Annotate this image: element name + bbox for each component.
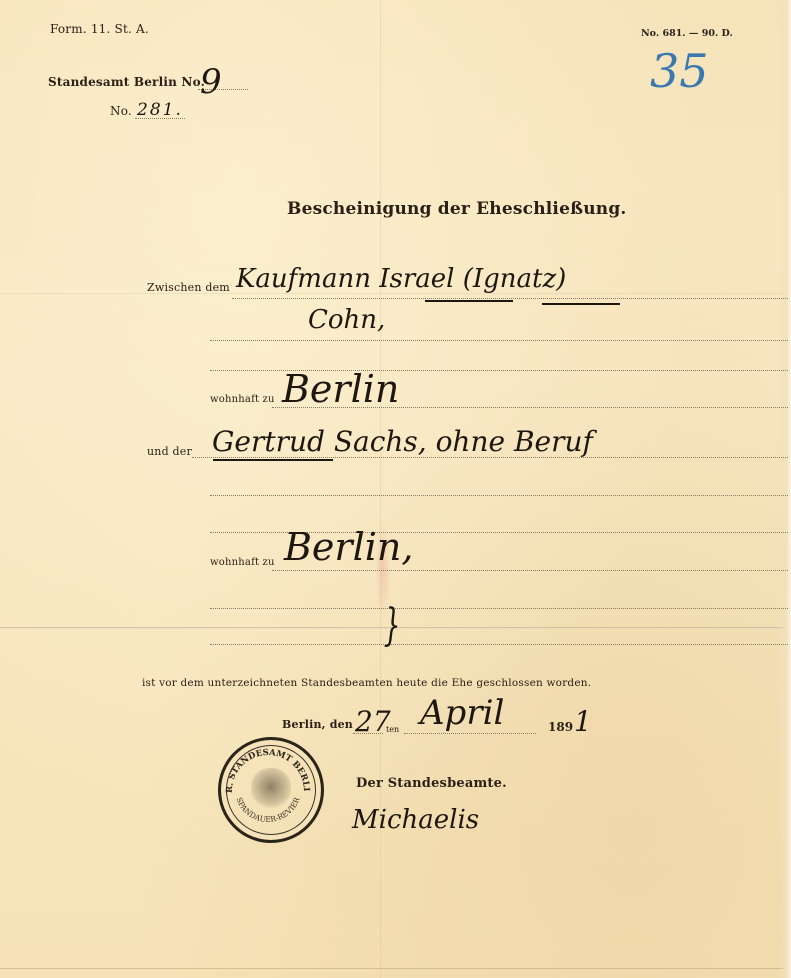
between-label: Zwischen dem (147, 281, 230, 294)
seal-bottom-text: SPANDAUER-REVIER (234, 796, 301, 824)
groom-residence: Berlin (282, 367, 399, 411)
svg-text:K. PR. STANDESAMT BERLIN IX: K. PR. STANDESAMT BERLIN IX (218, 737, 311, 793)
certificate-page: Form. 11. St. A. No. 681. — 90. D. 35 St… (0, 0, 791, 978)
archive-number: 35 (650, 44, 709, 98)
marriage-statement: ist vor dem unterzeichneten Standesbeamt… (142, 677, 591, 689)
office-number: 9 (200, 62, 222, 102)
register-label: No. (110, 104, 132, 118)
underline-gertrud (213, 459, 333, 461)
groom-line-1 (232, 298, 788, 299)
month-line (404, 733, 536, 734)
groom-residence-label: wohnhaft zu (210, 394, 275, 405)
svg-text:SPANDAUER-REVIER: SPANDAUER-REVIER (234, 796, 301, 824)
blank-line-2 (210, 644, 788, 645)
and-label: und der (147, 445, 192, 458)
register-number: 281. (137, 100, 183, 120)
blank-line-1 (210, 608, 788, 609)
form-number: No. 681. — 90. D. (641, 28, 733, 39)
bride-name: Gertrud Sachs, ohne Beruf (212, 425, 593, 458)
office-label: Standesamt Berlin No. (48, 75, 205, 89)
underline-israel (425, 300, 513, 302)
date-year-printed: 189 (548, 720, 573, 734)
torn-right-edge (779, 0, 791, 978)
strikethrough-ignatz (542, 303, 620, 305)
bride-residence-line (272, 570, 788, 571)
bride-residence: Berlin, (284, 525, 413, 569)
date-year-digit: 1 (574, 705, 592, 738)
groom-name-line1: Kaufmann Israel (Ignatz) (236, 264, 566, 294)
official-title: Der Standesbeamte. (356, 776, 507, 791)
date-day-suffix: ten (386, 725, 399, 734)
date-place-label: Berlin, den (282, 718, 353, 731)
seal-top-text: K. PR. STANDESAMT BERLIN IX (218, 737, 311, 793)
seal-text-ring: K. PR. STANDESAMT BERLIN IX SPANDAUER-RE… (218, 737, 318, 837)
official-signature: Michaelis (352, 805, 479, 835)
official-seal: K. PR. STANDESAMT BERLIN IX SPANDAUER-RE… (218, 737, 324, 843)
closing-mark: } (384, 600, 401, 651)
date-month: April (420, 693, 504, 733)
bride-residence-label: wohnhaft zu (210, 557, 275, 568)
bride-line-2 (210, 495, 788, 496)
groom-line-2 (210, 340, 788, 341)
document-title: Bescheinigung der Eheschließung. (287, 199, 627, 219)
form-label: Form. 11. St. A. (50, 22, 149, 36)
groom-name-line2: Cohn, (308, 305, 385, 335)
bottom-fold-crease (0, 968, 791, 969)
